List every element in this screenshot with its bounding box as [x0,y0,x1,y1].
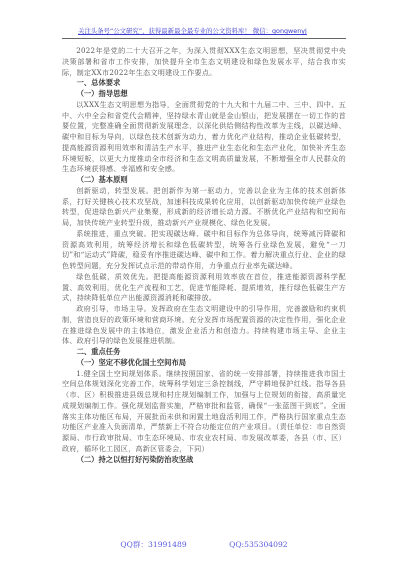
document-body: 2022年是党的二十大召开之年，为深入贯彻XXX生态文明思想，坚决贯彻党中央决策… [62,46,346,465]
qq-text: QQ:535304092 [229,540,288,549]
section-heading-key-tasks: 二、重点任务 [62,347,346,358]
page-header: 关注头条号“公文研究”，获得最新最全最专业的公文资料库！ 微信：gongweny… [62,26,346,39]
principle-paragraph: 系统推进，重点突破。把实现碳达峰、碳中和目标作为总体导向，统筹减污降碳和资源高效… [62,229,346,272]
principle-paragraph: 绿色低碳，质效优先。把提高能源资源利用效率放在首位，推进能源资源科学配置、高效利… [62,272,346,304]
principle-paragraph: 创新驱动，转型发展。把创新作为第一驱动力，完善以企业为主体的技术创新体系，打好关… [62,186,346,229]
principle-paragraph: 政府引导，市场主导。发挥政府在生态文明建设中的引导作用，完善激励和约束机制，营造… [62,304,346,347]
subsection-heading-spatial-layout: （一）坚定不移优化国土空间布局 [62,358,346,369]
guiding-thought-paragraph: 以XXX生态文明思想为指导，全面贯彻党的十九大和十九届二中、三中、四中、五中、六… [62,100,346,175]
subsection-heading-pollution-control: （二）持之以恒打好污染防治攻坚战 [62,455,346,466]
subsection-heading-basic-principles: （二）基本原则 [62,175,346,186]
section-heading-general: 一、总体要求 [62,78,346,89]
page-footer: QQ群：31991489 QQ:535304092 [0,539,408,550]
intro-paragraph: 2022年是党的二十大召开之年，为深入贯彻XXX生态文明思想，坚决贯彻党中央决策… [62,46,346,78]
subsection-heading-guiding-thought: （一）指导思想 [62,89,346,100]
task-paragraph: 1.健全国土空间规划体系。继续按照国家、省的统一安排部署，持续推进我市国土空间总… [62,369,346,455]
promo-link[interactable]: 关注头条号“公文研究”，获得最新最全最专业的公文资料库！ 微信：gongweny… [78,26,307,36]
qq-group-text: QQ群：31991489 [120,540,186,549]
